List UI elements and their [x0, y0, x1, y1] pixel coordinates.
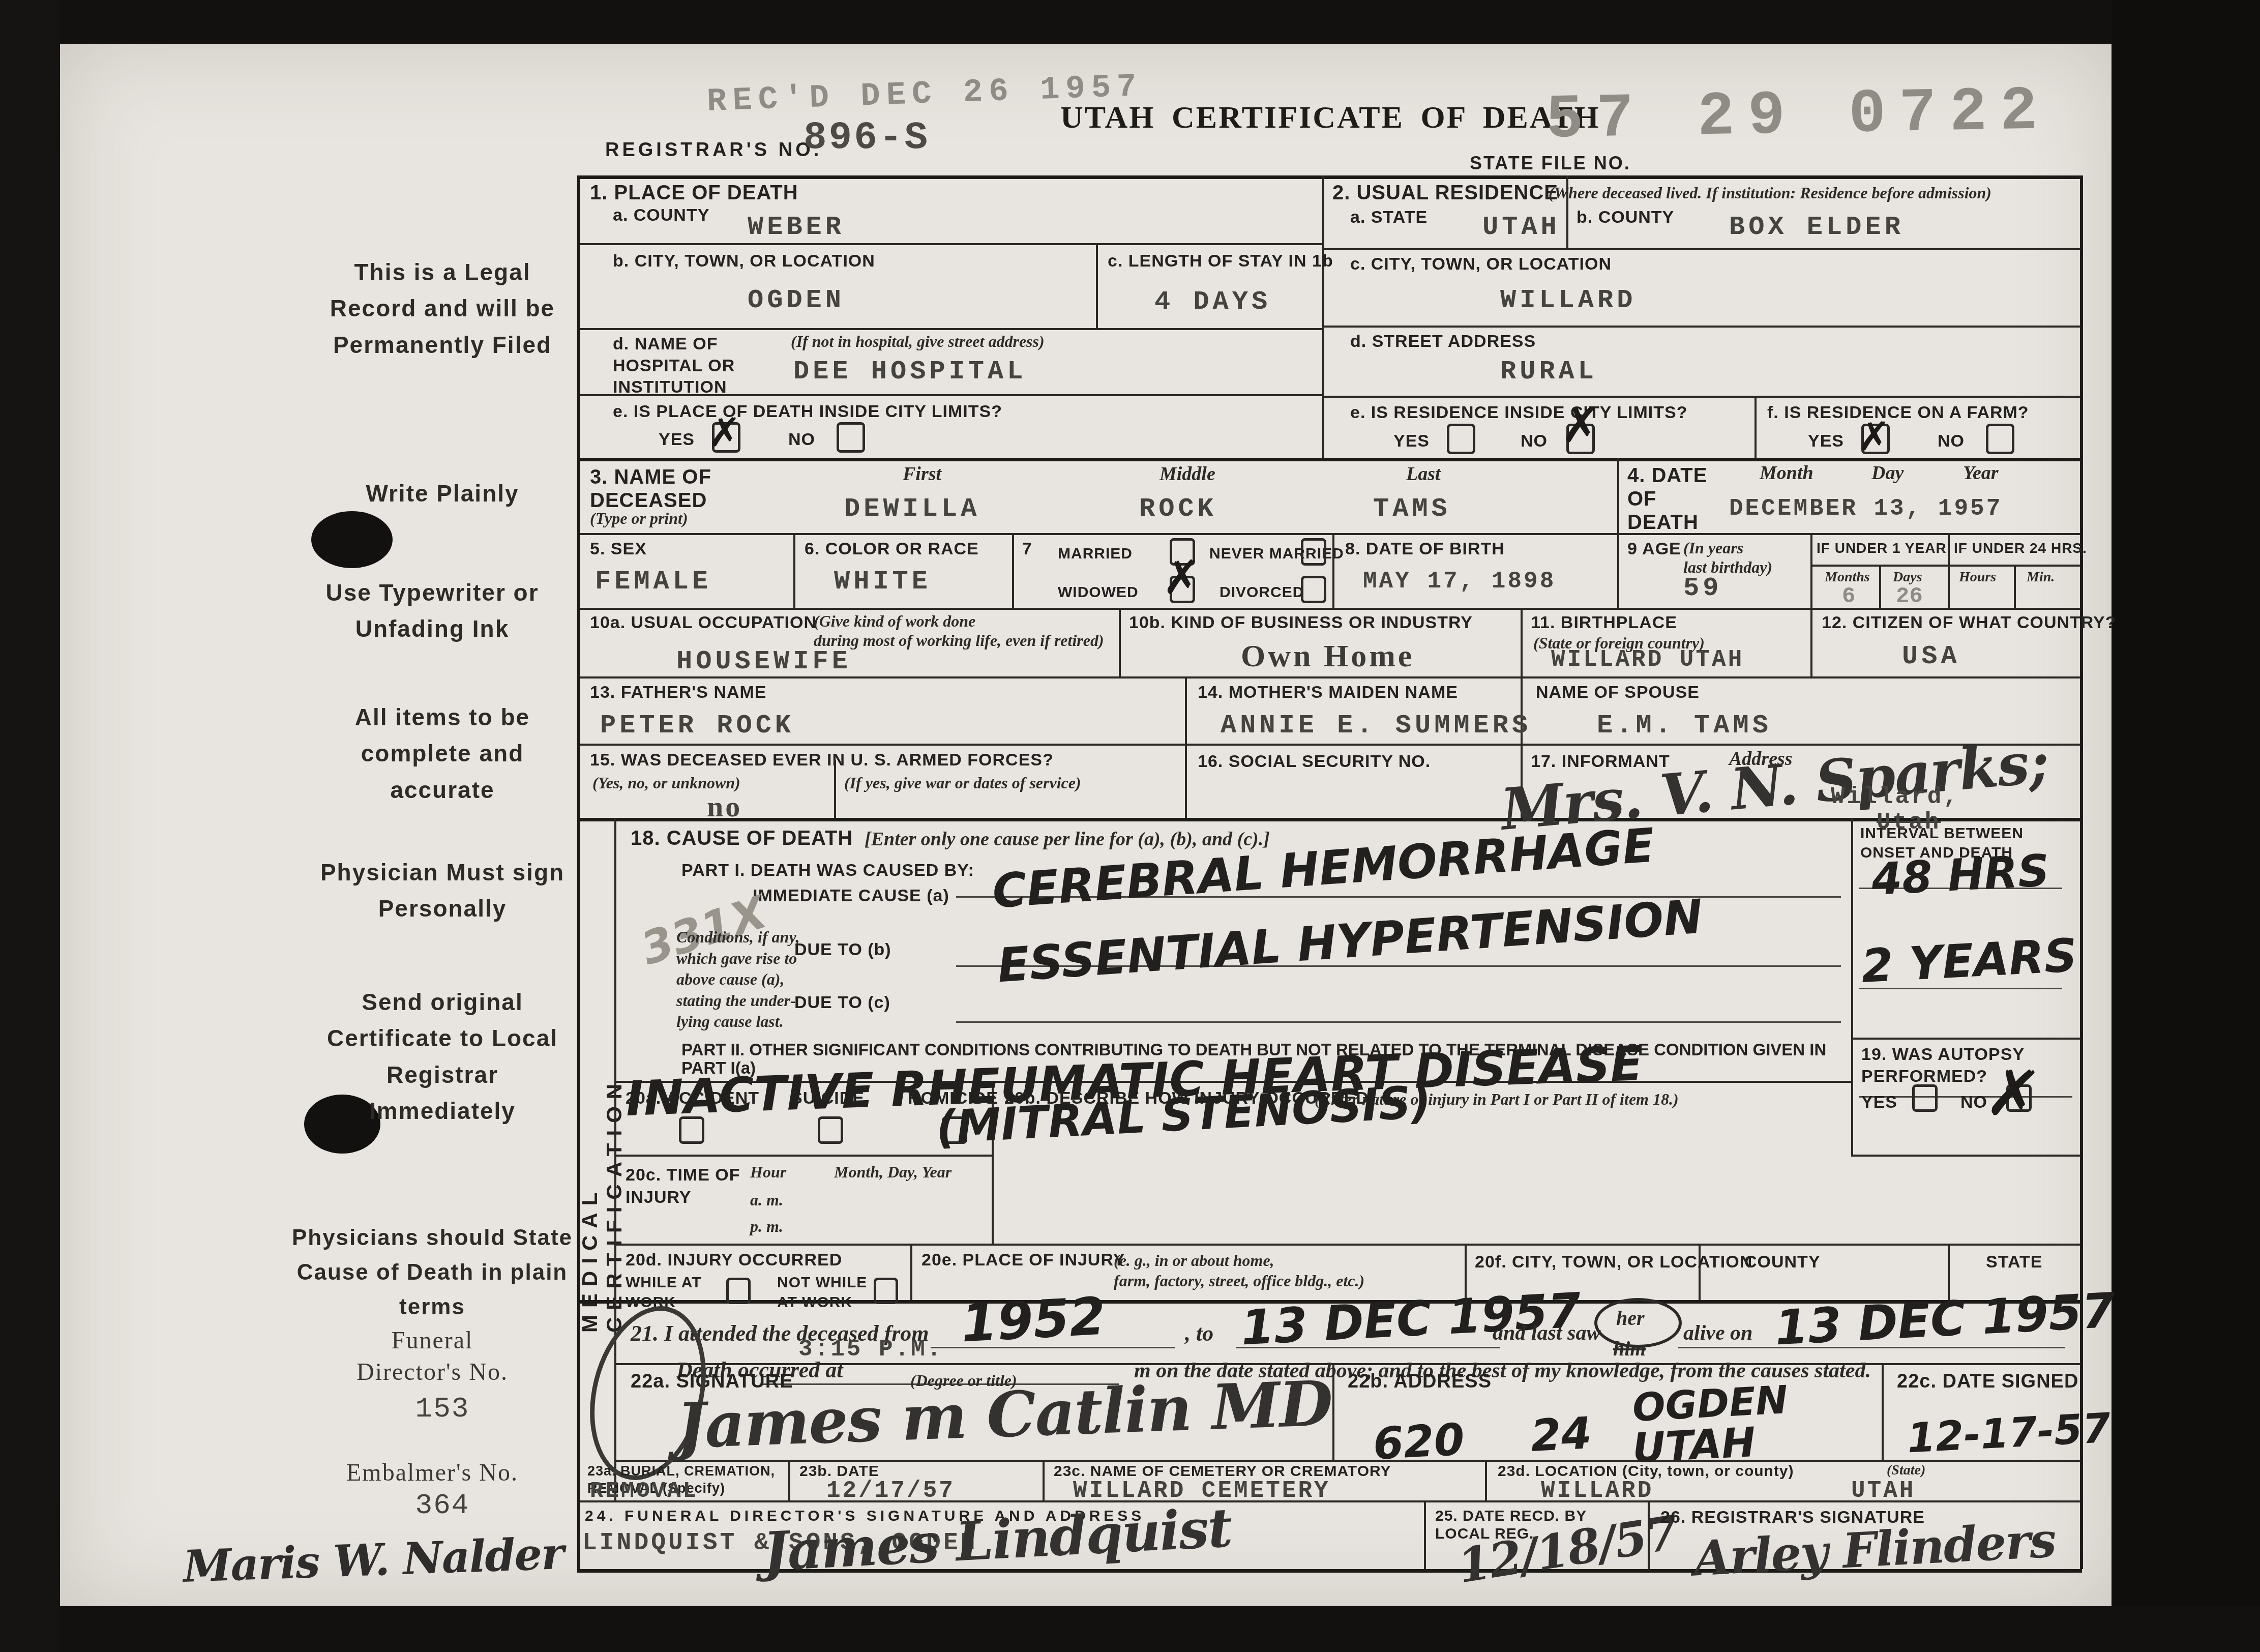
field-1c-label: c. LENGTH OF STAY IN 1b: [1108, 251, 1333, 271]
informant-state: Utah: [1877, 810, 1941, 836]
field-2f-no-checkbox: [1986, 424, 2014, 454]
field-7-married-label: MARRIED: [1058, 545, 1133, 563]
grid-line: [1424, 1500, 1426, 1569]
field-4-label: 4. DATE OF DEATH: [1627, 464, 1707, 534]
margin-note-physician: Physician Must sign Personally: [315, 854, 570, 927]
field-7-widowed-mark: ✗: [1162, 554, 1201, 601]
field-22b-state: UTAH: [1631, 1422, 1757, 1469]
field-20c-hour-label: Hour: [750, 1162, 786, 1182]
field-10b-label: 10b. KIND OF BUSINESS OR INDUSTRY: [1129, 613, 1473, 633]
field-13-value: PETER ROCK: [600, 711, 794, 740]
grid-line: [1332, 533, 1334, 608]
field-5-value: FEMALE: [595, 567, 711, 596]
field-23b-value: 12/17/57: [826, 1478, 955, 1504]
field-1b-label: b. CITY, TOWN, OR LOCATION: [613, 251, 875, 271]
field-22b-number: 620: [1372, 1418, 1466, 1466]
field-1e-yes-mark: ✗: [708, 413, 741, 453]
field-21-time-value: 3:15 P.M.: [798, 1337, 943, 1363]
field-16-label: 16. SOCIAL SECURITY NO.: [1198, 752, 1431, 772]
field-4-year-label: Year: [1963, 462, 1999, 485]
field-8-label: 8. DATE OF BIRTH: [1345, 539, 1505, 559]
field-4-day-label: Day: [1871, 462, 1904, 485]
field-9-value: 59: [1683, 574, 1722, 603]
field-20d-notwhile-label: NOT WHILE AT WORK: [777, 1273, 867, 1312]
grid-line: [1882, 1363, 1884, 1460]
field-23d-state-note: (State): [1887, 1462, 1925, 1479]
field-21-from-handwriting: 1952: [960, 1291, 1107, 1350]
grid-line: [1851, 1155, 2082, 1157]
field-2-note: (Where deceased lived. If institution: R…: [1549, 183, 2077, 202]
field-22b-label: 22b. ADDRESS: [1348, 1371, 1492, 1393]
field-2a-label: a. STATE: [1350, 208, 1428, 227]
field-21-him: him: [1613, 1337, 1646, 1361]
field-20a-suicide-checkbox: [818, 1116, 843, 1144]
field-9-note: (In years last birthday): [1683, 538, 1772, 577]
field-18-part1-label: PART I. DEATH WAS CAUSED BY:: [681, 861, 974, 880]
grid-line: [2080, 175, 2083, 1569]
grid-line: [788, 1460, 790, 1500]
grid-line: [577, 608, 2082, 610]
grid-line: [793, 533, 795, 608]
field-20d-label: 20d. INJURY OCCURRED: [626, 1250, 842, 1270]
funeral-directors-no-value: 153: [315, 1393, 570, 1425]
film-edge-left: [0, 0, 60, 1652]
field-1e-label: e. IS PLACE OF DEATH INSIDE CITY LIMITS?: [613, 402, 1002, 422]
field-19-yes-label: YES: [1861, 1093, 1897, 1112]
field-9-under1yr-label: IF UNDER 1 YEAR: [1817, 540, 1947, 556]
field-1e-no-checkbox: [837, 422, 865, 453]
field-18-label: 18. CAUSE OF DEATH: [631, 827, 853, 850]
field-2e-yes-label: YES: [1393, 431, 1430, 451]
grid-line: [1810, 608, 1812, 676]
field-9-min-label: Min.: [2027, 569, 2055, 586]
field-20c-label: 20c. TIME OF INJURY: [626, 1164, 740, 1208]
margin-note-write-plainly: Write Plainly: [315, 476, 570, 512]
field-7-widowed-label: WIDOWED: [1058, 584, 1139, 602]
grid-line: [910, 1244, 912, 1300]
field-21-text4: alive on: [1683, 1320, 1752, 1346]
state-file-number-stamp: 57 29 0722: [1545, 76, 2051, 155]
field-1d-label: d. NAME OF HOSPITAL OR INSTITUTION: [613, 333, 735, 398]
field-2f-no-label: NO: [1938, 431, 1965, 451]
grid-line: [1043, 1460, 1045, 1500]
field-3-last-value: TAMS: [1373, 494, 1451, 523]
field-spouse-value: E.M. TAMS: [1597, 711, 1772, 740]
field-3-label: 3. NAME OF DECEASED: [590, 465, 711, 512]
field-20d-notwhile-checkbox: [874, 1278, 898, 1304]
field-23d-state-value: UTAH: [1851, 1478, 1915, 1504]
field-10a-label: 10a. USUAL OCCUPATION: [590, 613, 817, 633]
informant-city: Willard,: [1831, 784, 1959, 810]
registrars-no-value: 896-S: [804, 116, 930, 160]
grid-line: [1322, 326, 2082, 328]
field-2e-yes-checkbox: [1447, 424, 1475, 454]
field-1-title: 1. PLACE OF DEATH: [590, 181, 798, 204]
grid-line: [1851, 1038, 2082, 1040]
field-9-months-label: Months: [1825, 569, 1870, 586]
field-2b-label: b. COUNTY: [1577, 208, 1674, 227]
field-3-last-label: Last: [1406, 463, 1441, 486]
field-4-value: DECEMBER 13, 1957: [1729, 496, 2002, 522]
field-10a-note: (Give kind of work done during most of w…: [814, 611, 1104, 651]
field-1a-value: WEBER: [748, 213, 845, 242]
grid-line: [1485, 1460, 1487, 1500]
grid-line: [1948, 533, 1950, 608]
field-9-hours-label: Hours: [1959, 569, 1996, 586]
field-1a-label: a. COUNTY: [613, 205, 709, 225]
field-20f-state-label: STATE: [1986, 1252, 2042, 1272]
field-2e-no-label: NO: [1521, 431, 1548, 451]
grid-line: [1322, 396, 2082, 398]
field-14-value: ANNIE E. SUMMERS: [1221, 711, 1531, 740]
field-2c-value: WILLARD: [1500, 286, 1636, 315]
field-spouse-label: NAME OF SPOUSE: [1536, 683, 1700, 702]
field-9-label: 9 AGE: [1627, 539, 1681, 559]
field-5-label: 5. SEX: [590, 539, 647, 559]
field-11-label: 11. BIRTHPLACE: [1531, 613, 1677, 633]
field-3-first-value: DEWILLA: [844, 494, 980, 523]
field-2-title: 2. USUAL RESIDENCE: [1332, 181, 1558, 204]
embalmers-no-value: 364: [315, 1489, 570, 1522]
film-edge-top: [0, 0, 2260, 44]
field-3-first-label: First: [903, 463, 941, 486]
interval-a-handwriting: 48 HRS: [1870, 849, 2050, 902]
grid-line: [1119, 608, 1121, 676]
field-20f-county-label: COUNTY: [1744, 1252, 1821, 1272]
grid-line: [1617, 458, 1619, 608]
grid-line: [1755, 396, 1757, 458]
field-18-conditions-note: Conditions, if any, which gave rise to a…: [676, 927, 799, 1032]
grid-line: [1322, 248, 2082, 250]
field-18-note: [Enter only one cause per line for (a), …: [865, 828, 1270, 851]
field-3-middle-value: ROCK: [1139, 494, 1217, 523]
field-9-under24-label: IF UNDER 24 HRS.: [1954, 540, 2087, 556]
field-23d-city-value: WILLARD: [1541, 1478, 1653, 1504]
grid-line: [577, 175, 580, 1569]
funeral-directors-no-label: Funeral Director's No.: [285, 1325, 580, 1389]
field-7-divorced-label: DIVORCED: [1220, 584, 1304, 602]
field-8-value: MAY 17, 1898: [1363, 569, 1556, 595]
field-7-number: 7: [1022, 539, 1032, 559]
field-6-label: 6. COLOR OR RACE: [805, 539, 979, 559]
field-1c-value: 4 DAYS: [1154, 287, 1271, 316]
field-15-note2: (If yes, give war or dates of service): [844, 773, 1081, 792]
field-19-yes-checkbox: [1912, 1084, 1938, 1112]
field-1d-note: (If not in hospital, give street address…: [791, 332, 1045, 351]
field-6-value: WHITE: [834, 567, 931, 596]
entry-line: [956, 1021, 1841, 1023]
field-18-due-b-label: DUE TO (b): [794, 940, 891, 960]
field-19-no-label: NO: [1960, 1093, 1987, 1112]
registrars-no-label: REGISTRAR'S NO.: [605, 139, 822, 162]
field-15-label: 15. WAS DECEASED EVER IN U. S. ARMED FOR…: [590, 750, 1054, 770]
field-10b-value: Own Home: [1241, 638, 1414, 674]
field-20c-am-label: a. m.: [750, 1190, 783, 1209]
grid-line: [577, 818, 2082, 821]
grid-line: [1810, 565, 2082, 567]
field-2f-yes-label: YES: [1808, 431, 1844, 451]
field-2a-value: UTAH: [1482, 213, 1560, 242]
margin-signature: Maris W. Nalder: [183, 1532, 564, 1589]
field-4-month-label: Month: [1760, 462, 1813, 485]
field-20d-while-checkbox: [726, 1278, 751, 1304]
field-2b-value: BOX ELDER: [1729, 213, 1904, 242]
field-1b-value: OGDEN: [748, 286, 845, 315]
field-13-label: 13. FATHER'S NAME: [590, 683, 767, 702]
field-18-due-c-label: DUE TO (c): [794, 993, 890, 1013]
grid-line: [1012, 533, 1014, 608]
field-20e-label: 20e. PLACE OF INJURY: [921, 1250, 1125, 1270]
field-2c-label: c. CITY, TOWN, OR LOCATION: [1350, 254, 1612, 274]
grid-line: [1096, 243, 1098, 328]
field-18-immediate-label: IMMEDIATE CAUSE (a): [753, 886, 949, 906]
field-2f-yes-mark: ✗: [1857, 417, 1890, 457]
field-23a-value: REMOVAL: [590, 1479, 698, 1503]
grid-line: [2014, 565, 2016, 608]
field-22b-city: OGDEN: [1631, 1380, 1789, 1427]
film-edge-right: [2112, 0, 2260, 1652]
film-edge-bottom: [0, 1606, 2260, 1652]
grid-line: [614, 1460, 2082, 1462]
grid-line: [614, 1155, 994, 1157]
field-2e-no-mark: ✗: [1560, 401, 1601, 450]
field-19-no-mark: ✗: [1983, 1058, 2045, 1130]
field-11-value: WILLARD UTAH: [1551, 647, 1744, 673]
medical-certification-label: MEDICAL CERTIFICATION: [578, 987, 627, 1333]
field-21-her: her: [1616, 1306, 1645, 1331]
death-certificate-scan: REC'D DEC 26 1957 REGISTRAR'S NO. 896-S …: [0, 0, 2260, 1652]
field-1d-value: DEE HOSPITAL: [793, 357, 1026, 386]
field-3-middle-label: Middle: [1159, 463, 1215, 486]
field-2f-label: f. IS RESIDENCE ON A FARM?: [1767, 403, 2029, 423]
page-title: UTAH CERTIFICATE OF DEATH: [1060, 100, 1600, 136]
embalmers-no-label: Embalmer's No.: [285, 1459, 580, 1487]
field-15-value: no: [707, 789, 742, 823]
grid-line: [577, 533, 2082, 535]
field-20f-label: 20f. CITY, TOWN, OR LOCATION: [1475, 1252, 1752, 1272]
field-2d-label: d. STREET ADDRESS: [1350, 332, 1536, 351]
grid-line: [1185, 676, 1187, 744]
field-1e-yes-label: YES: [659, 430, 695, 450]
field-10a-value: HOUSEWIFE: [676, 647, 851, 676]
margin-note-legal: This is a Legal Record and will be Perma…: [315, 254, 570, 363]
field-12-label: 12. CITIZEN OF WHAT COUNTRY?: [1822, 613, 2117, 633]
field-22c-label: 22c. DATE SIGNED: [1897, 1371, 2078, 1393]
field-2e-label: e. IS RESIDENCE INSIDE CITY LIMITS?: [1350, 403, 1687, 423]
field-21-text3: and last saw: [1493, 1320, 1600, 1346]
grid-line: [577, 243, 1322, 245]
grid-line: [577, 175, 2082, 179]
grid-line: [1851, 818, 1853, 1155]
margin-note-complete: All items to be complete and accurate: [315, 699, 570, 808]
field-12-value: USA: [1902, 642, 1960, 671]
grid-line: [1521, 608, 1523, 676]
margin-note-typewriter: Use Typewriter or Unfading Ink: [285, 575, 580, 647]
grid-line: [614, 1244, 2082, 1246]
grid-line: [1810, 533, 1812, 608]
state-file-label: STATE FILE NO.: [1470, 153, 1631, 173]
interval-b-handwriting: 2 YEARS: [1860, 933, 2078, 990]
field-3-note: (Type or print): [590, 509, 688, 528]
field-7-divorced-checkbox: [1301, 576, 1326, 603]
grid-line: [1185, 744, 1187, 818]
field-20e-note: (e. g., in or about home, farm, factory,…: [1114, 1250, 1364, 1291]
grid-line: [577, 328, 1322, 330]
field-14-label: 14. MOTHER'S MAIDEN NAME: [1198, 683, 1458, 702]
field-9-months-value: 6: [1842, 584, 1855, 609]
field-9-days-label: Days: [1893, 569, 1922, 586]
field-20c-pm-label: p. m.: [750, 1217, 783, 1236]
grid-line: [577, 676, 2082, 678]
field-22c-value: 12-17-57: [1906, 1408, 2112, 1459]
field-2d-value: RURAL: [1500, 357, 1597, 386]
field-20c-mdy-label: Month, Day, Year: [834, 1162, 951, 1182]
margin-note-plain-terms: Physicians should State Cause of Death i…: [275, 1221, 590, 1325]
field-1e-no-label: NO: [788, 430, 815, 450]
field-22b-street: 24: [1530, 1411, 1593, 1458]
field-7-never-married-checkbox: [1301, 538, 1326, 566]
hole-punch-top: [311, 511, 393, 568]
field-9-days-value: 26: [1896, 584, 1923, 609]
grid-line: [1879, 565, 1881, 608]
grid-line: [577, 458, 2082, 461]
grid-line: [1322, 175, 1324, 458]
field-21-text2: , to: [1185, 1320, 1213, 1347]
margin-note-send-original: Send original Certificate to Local Regis…: [315, 984, 570, 1129]
